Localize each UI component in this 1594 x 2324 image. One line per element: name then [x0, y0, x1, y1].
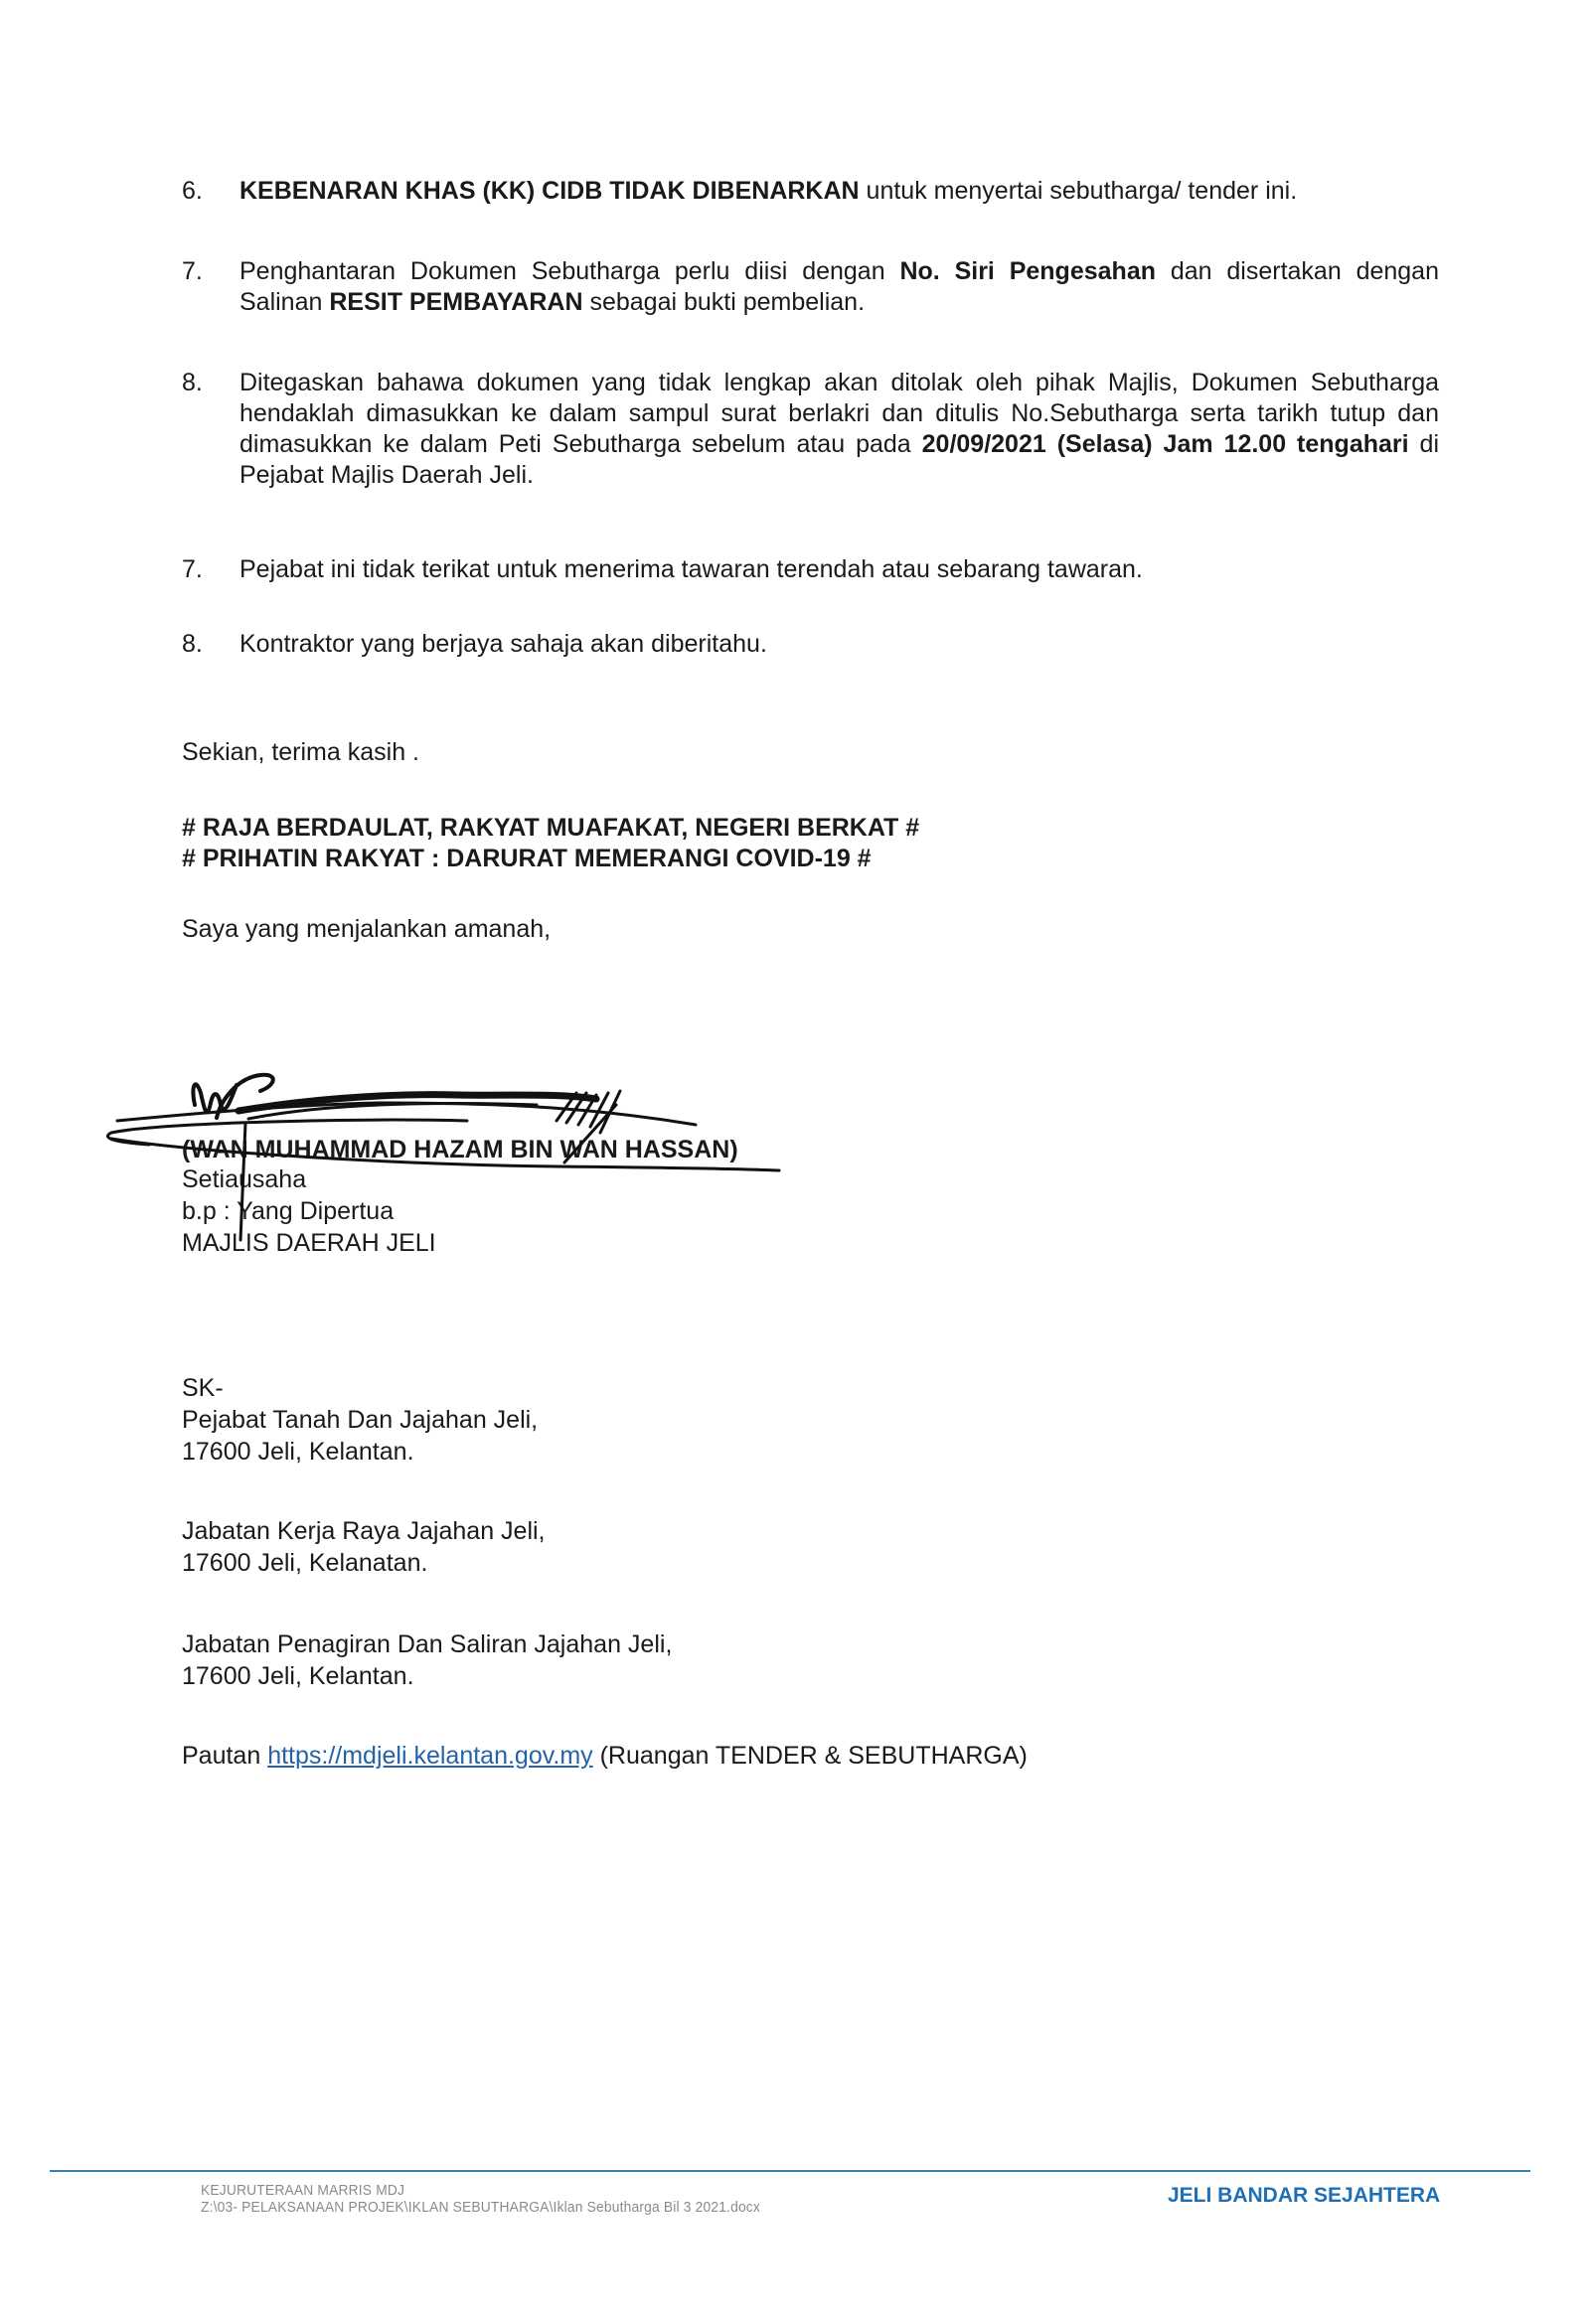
cc-recipient-line: 17600 Jeli, Kelantan. [182, 1437, 414, 1468]
slogan-line: # PRIHATIN RAKYAT : DARURAT MEMERANGI CO… [182, 844, 872, 874]
item-text: Kontraktor yang berjaya sahaja akan dibe… [239, 629, 1439, 660]
bold-text-run: RESIT PEMBAYARAN [329, 288, 582, 316]
bold-text-run: KEBENARAN KHAS (KK) CIDB TIDAK DIBENARKA… [239, 177, 860, 205]
footer-file-info: KEJURUTERAAN MARRIS MDJ Z:\03- PELAKSANA… [201, 2182, 760, 2216]
signatory-organisation: MAJLIS DAERAH JELI [182, 1228, 436, 1259]
item-number: 8. [182, 629, 232, 660]
slogan-line: # RAJA BERDAULAT, RAKYAT MUAFAKAT, NEGER… [182, 813, 919, 844]
website-link[interactable]: https://mdjeli.kelantan.gov.my [267, 1742, 592, 1770]
cc-recipient-line: Pejabat Tanah Dan Jajahan Jeli, [182, 1405, 538, 1436]
text-run: Penghantaran Dokumen Sebutharga perlu di… [239, 257, 899, 285]
signatory-name: (WAN MUHAMMAD HAZAM BIN WAN HASSAN) [182, 1135, 738, 1165]
item-text: Penghantaran Dokumen Sebutharga perlu di… [239, 256, 1439, 318]
signatory-title: Setiausaha [182, 1164, 306, 1195]
cc-recipient-line: 17600 Jeli, Kelantan. [182, 1661, 414, 1692]
closing-text: Sekian, terima kasih . [182, 737, 419, 768]
sign-off-text: Saya yang menjalankan amanah, [182, 914, 551, 945]
text-run: untuk menyertai sebutharga/ tender ini. [860, 177, 1298, 205]
text-run: Kontraktor yang berjaya sahaja akan dibe… [239, 630, 767, 658]
link-suffix: (Ruangan TENDER & SEBUTHARGA) [593, 1742, 1028, 1770]
text-run: Pejabat ini tidak terikat untuk menerima… [239, 555, 1143, 583]
item-number: 6. [182, 176, 232, 207]
bold-text-run: No. Siri Pengesahan [899, 257, 1156, 285]
text-run: sebagai bukti pembelian. [583, 288, 866, 316]
footer-file-path: Z:\03- PELAKSANAAN PROJEK\IKLAN SEBUTHAR… [201, 2199, 760, 2216]
item-number: 7. [182, 256, 232, 287]
cc-recipient-line: Jabatan Penagiran Dan Saliran Jajahan Je… [182, 1629, 672, 1660]
footer-divider [50, 2170, 1530, 2172]
footer-department: KEJURUTERAAN MARRIS MDJ [201, 2182, 760, 2199]
signatory-on-behalf: b.p : Yang Dipertua [182, 1196, 394, 1227]
footer-motto: JELI BANDAR SEJAHTERA [1168, 2184, 1440, 2208]
item-number: 8. [182, 368, 232, 398]
cc-label: SK- [182, 1373, 224, 1404]
link-line: Pautan https://mdjeli.kelantan.gov.my (R… [182, 1741, 1028, 1772]
link-prefix: Pautan [182, 1742, 267, 1770]
item-text: Ditegaskan bahawa dokumen yang tidak len… [239, 368, 1439, 491]
item-number: 7. [182, 554, 232, 585]
item-text: Pejabat ini tidak terikat untuk menerima… [239, 554, 1439, 585]
cc-recipient-line: 17600 Jeli, Kelanatan. [182, 1548, 427, 1579]
document-page: 6. KEBENARAN KHAS (KK) CIDB TIDAK DIBENA… [0, 0, 1594, 2324]
bold-text-run: 20/09/2021 (Selasa) Jam 12.00 tengahari [922, 430, 1409, 458]
item-text: KEBENARAN KHAS (KK) CIDB TIDAK DIBENARKA… [239, 176, 1439, 207]
cc-recipient-line: Jabatan Kerja Raya Jajahan Jeli, [182, 1516, 546, 1547]
